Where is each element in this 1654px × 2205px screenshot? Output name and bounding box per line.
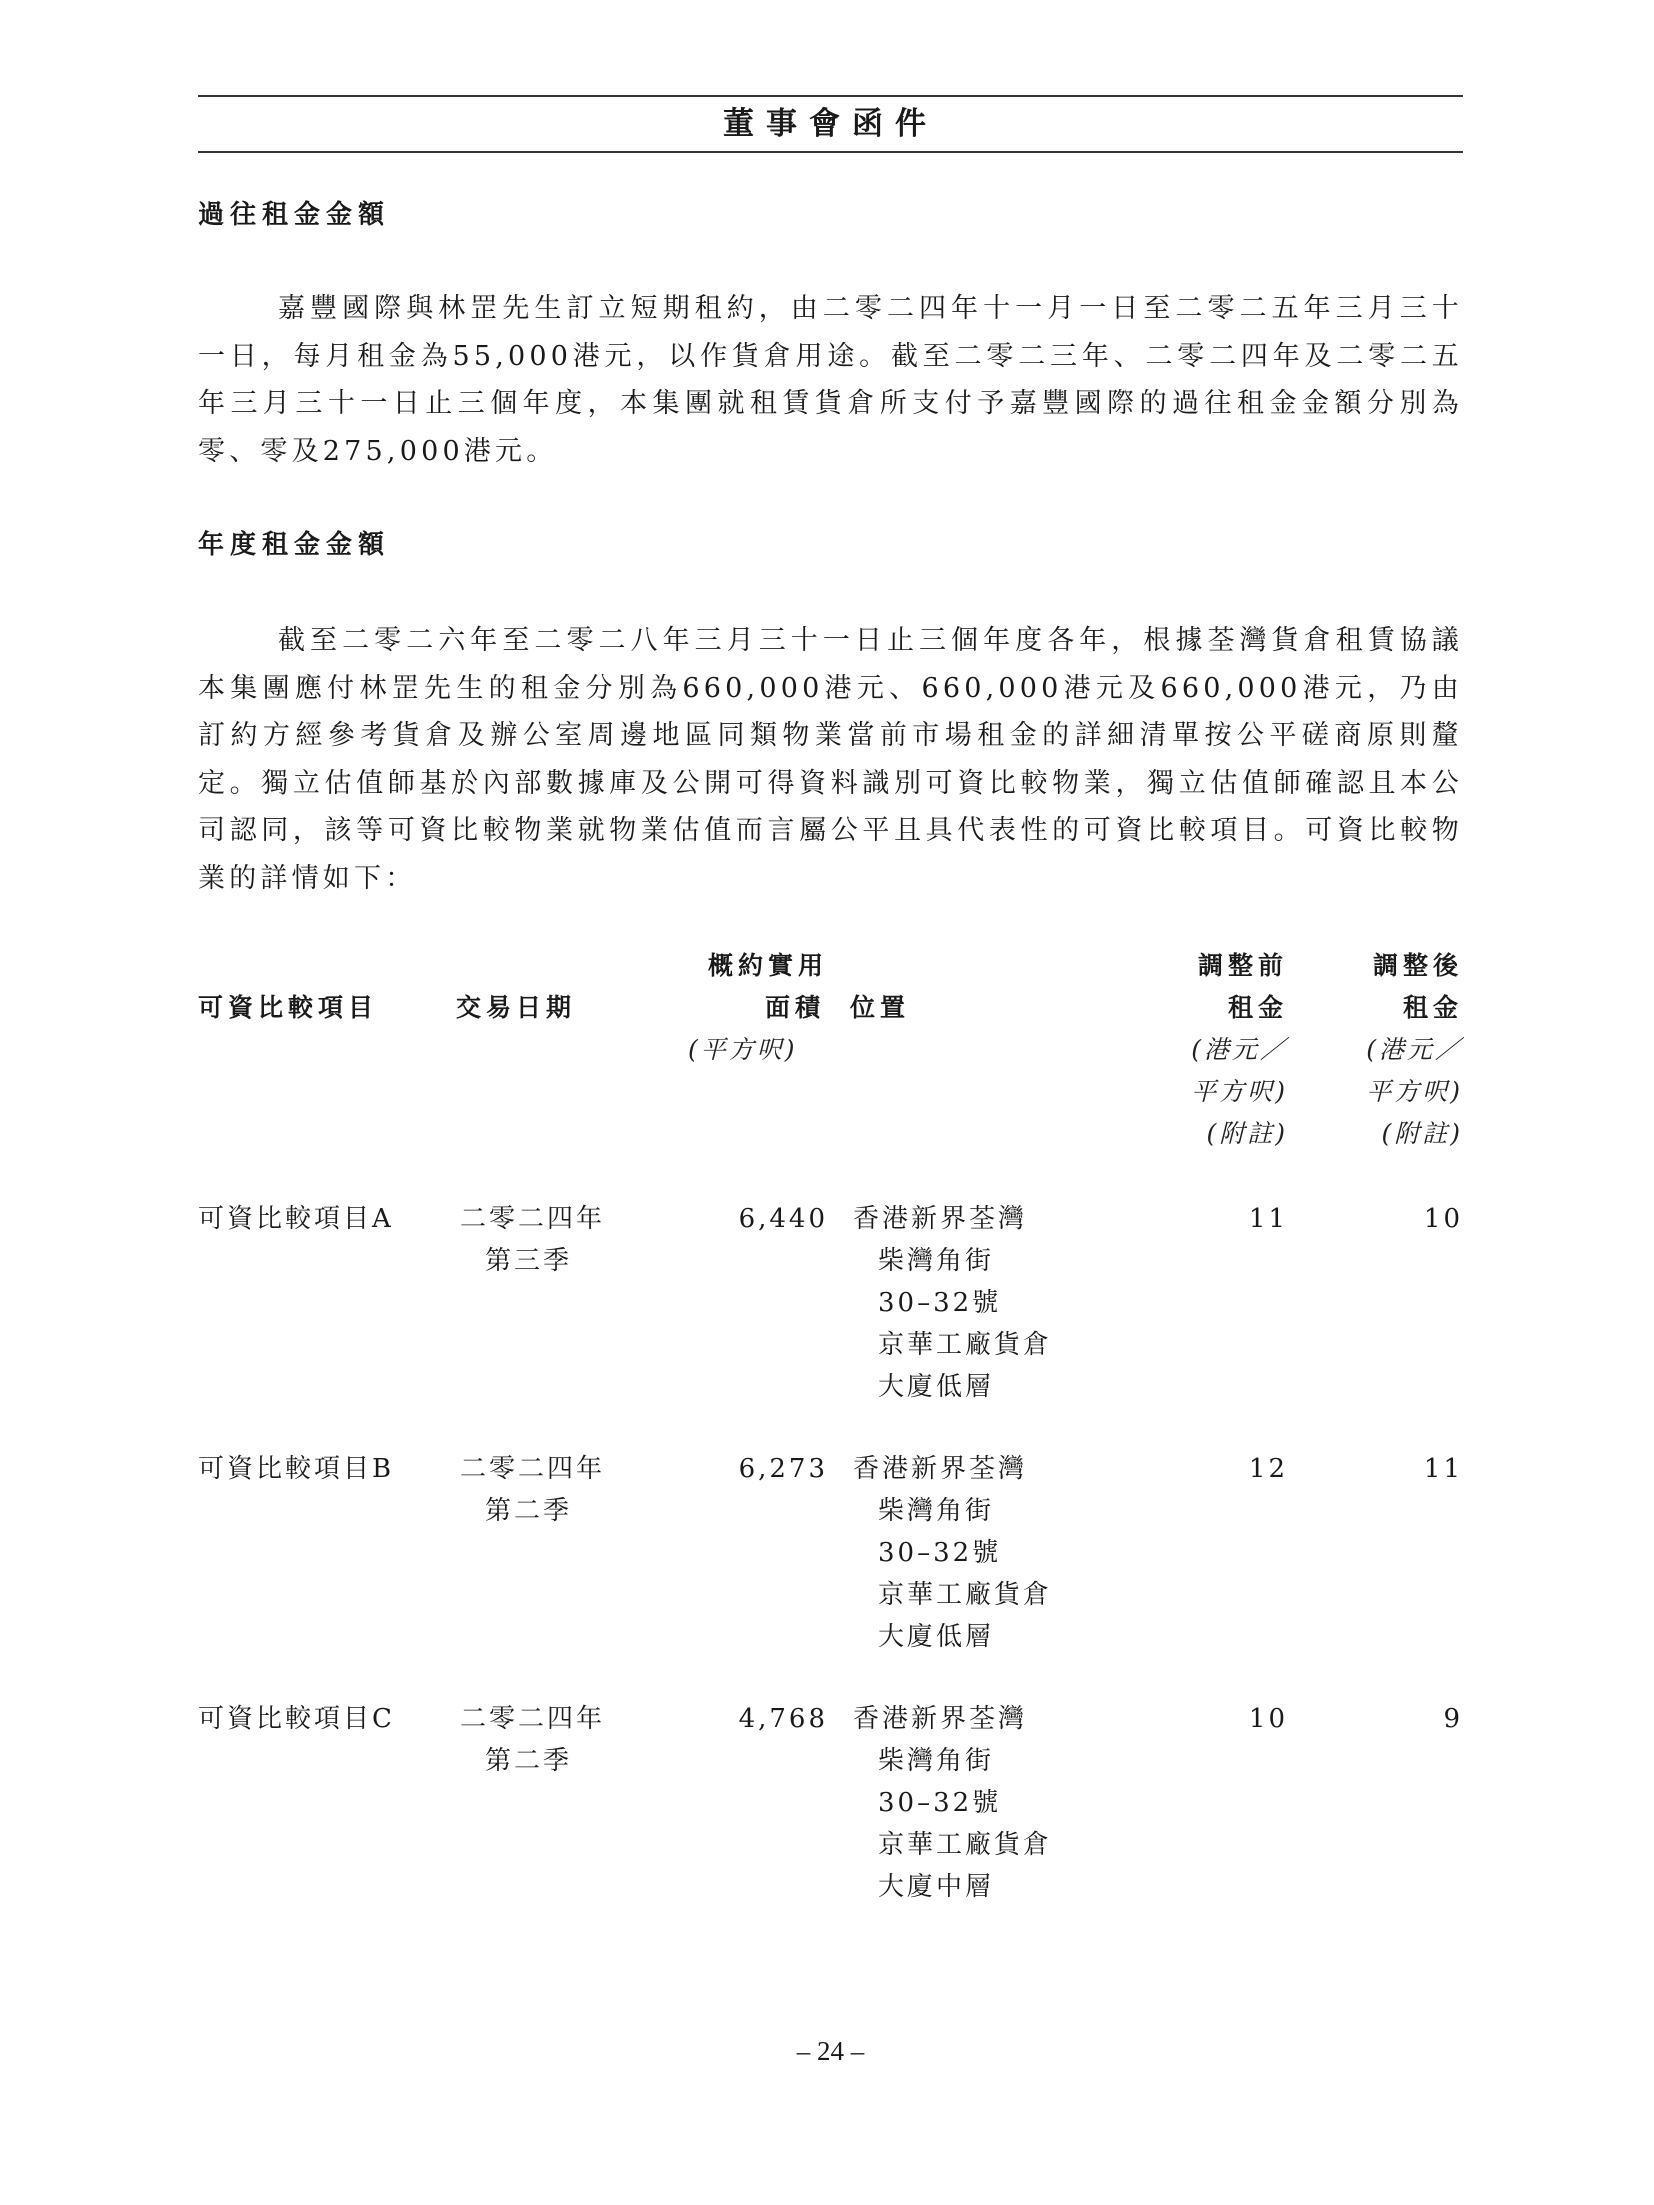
table-row: 可資比較項目A 二零二四年 第三季 6,440 香港新界荃灣 柴灣角街 30–3…: [198, 1198, 1463, 1438]
cell-location-line4: 京華工廠貨倉: [878, 1574, 1052, 1616]
header-top-rule: [198, 95, 1463, 97]
header-rent-after-line1: 調整後: [1363, 945, 1463, 987]
header-area-line1: 概約實用: [668, 945, 828, 987]
header-area-unit: (平方呎): [688, 1029, 798, 1071]
page-title: 董事會函件: [198, 104, 1463, 144]
cell-location-line2: 柴灣角街: [878, 1240, 994, 1282]
page-number: – 24 –: [198, 2036, 1463, 2067]
table-row: 可資比較項目C 二零二四年 第二季 4,768 香港新界荃灣 柴灣角街 30–3…: [198, 1698, 1463, 1938]
cell-date-quarter: 第三季: [485, 1240, 572, 1282]
paragraph-annual-rent: 截至二零二六年至二零二八年三月三十一日止三個年度各年，根據荃灣貨倉租賃協議本集團…: [198, 617, 1463, 902]
header-rent-before-line1: 調整前: [1198, 945, 1288, 987]
cell-location-line5: 大廈低層: [878, 1366, 994, 1408]
cell-location-line4: 京華工廠貨倉: [878, 1824, 1052, 1866]
header-rent-after-line2: 租金: [1363, 987, 1463, 1029]
document-page: 董事會函件 過往租金金額 嘉豐國際與林罡先生訂立短期租約，由二零二四年十一月一日…: [198, 0, 1463, 2205]
cell-location-line2: 柴灣角街: [878, 1490, 994, 1532]
cell-location-line2: 柴灣角街: [878, 1740, 994, 1782]
cell-rent-before: 10: [1188, 1698, 1288, 1740]
cell-rent-after: 10: [1363, 1198, 1463, 1240]
cell-location-line1: 香港新界荃灣: [853, 1698, 1027, 1740]
cell-date-quarter: 第二季: [485, 1740, 572, 1782]
section-heading-annual-rent: 年度租金金額: [198, 527, 390, 563]
cell-area: 6,273: [698, 1448, 828, 1490]
cell-rent-after: 11: [1363, 1448, 1463, 1490]
cell-location-line3: 30–32號: [878, 1282, 1001, 1324]
cell-date-year: 二零二四年: [460, 1698, 605, 1740]
cell-area: 6,440: [698, 1198, 828, 1240]
cell-location-line4: 京華工廠貨倉: [878, 1324, 1052, 1366]
cell-comparable: 可資比較項目A: [198, 1198, 394, 1240]
paragraph-historical-rent: 嘉豐國際與林罡先生訂立短期租約，由二零二四年十一月一日至二零二五年三月三十一日，…: [198, 285, 1463, 475]
cell-location-line3: 30–32號: [878, 1532, 1001, 1574]
cell-date-year: 二零二四年: [460, 1198, 605, 1240]
cell-location-line5: 大廈低層: [878, 1616, 994, 1658]
cell-rent-before: 11: [1188, 1198, 1288, 1240]
cell-location-line3: 30–32號: [878, 1782, 1001, 1824]
header-transaction-date: 交易日期: [456, 987, 576, 1029]
header-comparable: 可資比較項目: [198, 987, 378, 1029]
header-rent-before-line2: 租金: [1198, 987, 1288, 1029]
table-row: 可資比較項目B 二零二四年 第二季 6,273 香港新界荃灣 柴灣角街 30–3…: [198, 1448, 1463, 1688]
header-rent-after-note: (附註): [1348, 1113, 1463, 1155]
cell-comparable: 可資比較項目B: [198, 1448, 394, 1490]
cell-location-line1: 香港新界荃灣: [853, 1448, 1027, 1490]
header-rent-after-unit2: 平方呎): [1348, 1071, 1463, 1113]
cell-date-year: 二零二四年: [460, 1448, 605, 1490]
cell-comparable: 可資比較項目C: [198, 1698, 395, 1740]
header-location: 位置: [850, 987, 910, 1029]
header-bottom-rule: [198, 151, 1463, 153]
header-rent-before-unit2: 平方呎): [1178, 1071, 1288, 1113]
section-heading-historical-rent: 過往租金金額: [198, 197, 390, 233]
cell-location-line1: 香港新界荃灣: [853, 1198, 1027, 1240]
cell-location-line5: 大廈中層: [878, 1866, 994, 1908]
header-area-line2: 面積: [668, 987, 825, 1029]
cell-area: 4,768: [698, 1698, 828, 1740]
header-rent-before-unit1: (港元／: [1178, 1029, 1288, 1071]
cell-rent-after: 9: [1363, 1698, 1463, 1740]
header-rent-before-note: (附註): [1178, 1113, 1288, 1155]
header-rent-after-unit1: (港元／: [1348, 1029, 1463, 1071]
cell-rent-before: 12: [1188, 1448, 1288, 1490]
cell-date-quarter: 第二季: [485, 1490, 572, 1532]
